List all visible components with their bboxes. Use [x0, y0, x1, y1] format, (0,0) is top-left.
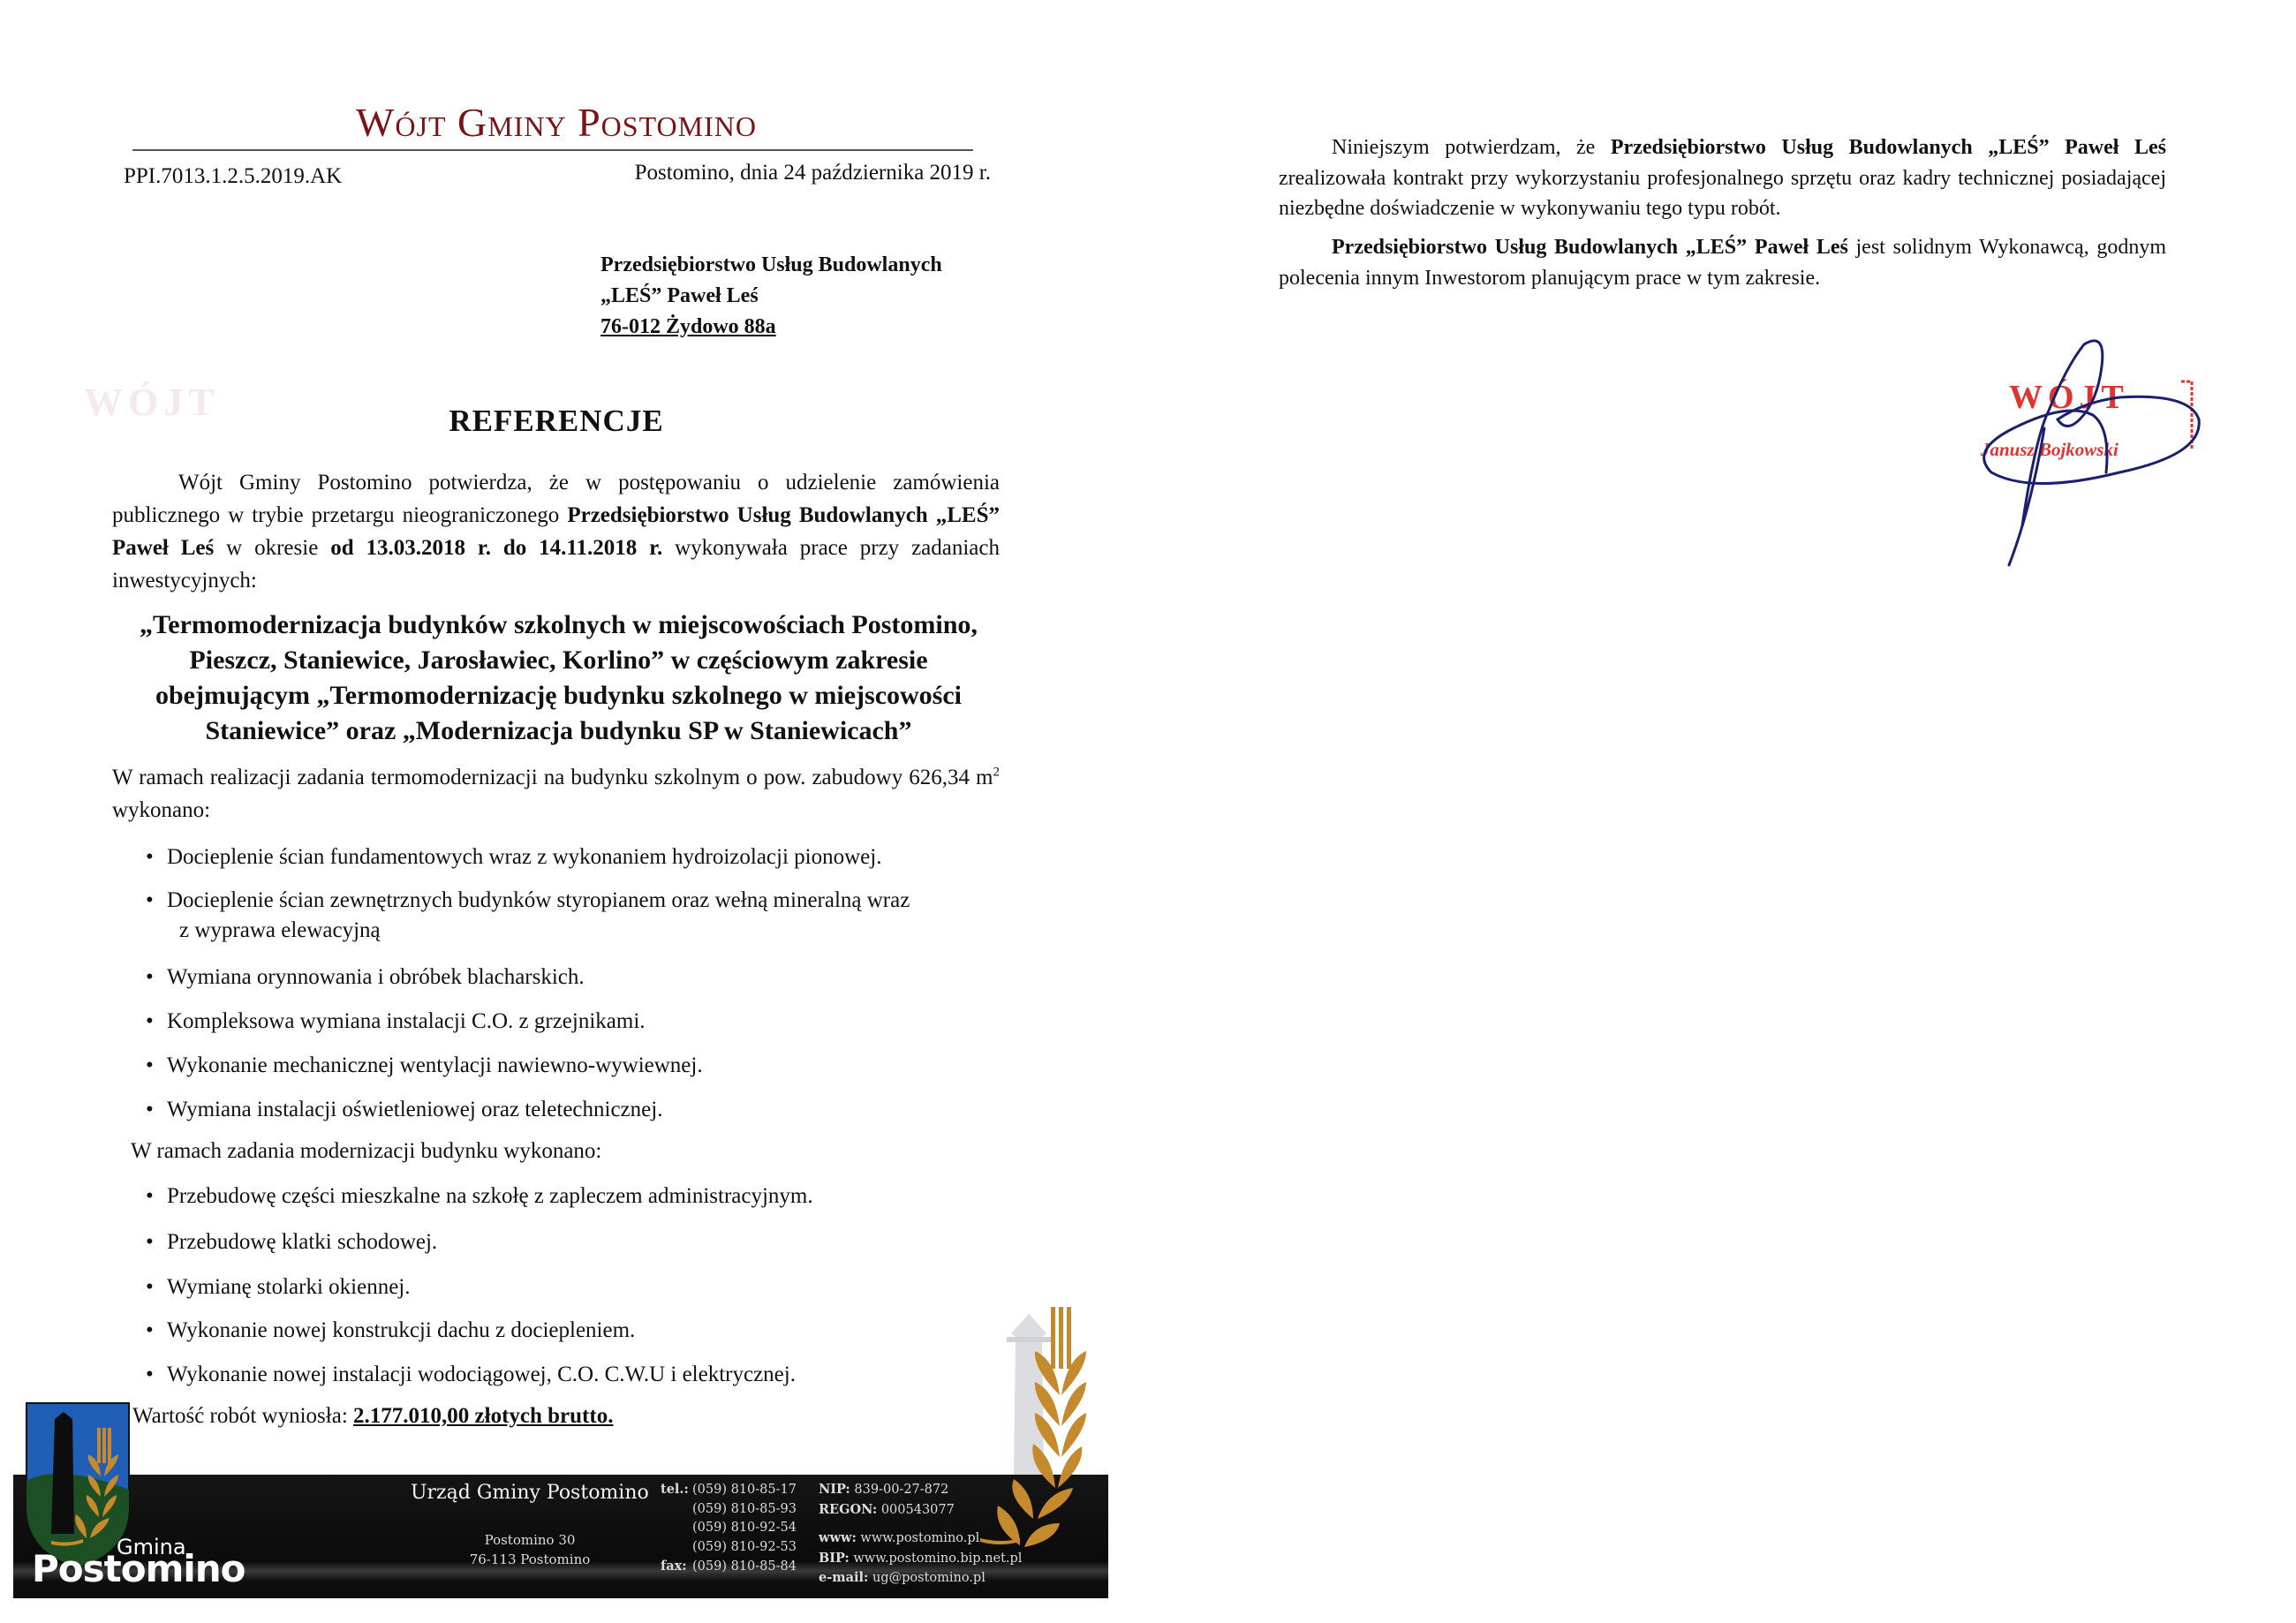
intro-paragraph: Wójt Gminy Postomino potwierdza, że w po… — [112, 466, 1000, 597]
bullet-icon: • — [146, 1316, 154, 1346]
bullet-icon: • — [146, 962, 154, 993]
list-item-text: Wykonanie mechanicznej wentylacji nawiew… — [167, 1053, 703, 1077]
list-item: •Docieplenie ścian fundamentowych wraz z… — [146, 842, 1002, 872]
reference-letter-page-1: Wójt Gminy Postomino PPI.7013.1.2.5.2019… — [0, 0, 1139, 1623]
gmina-crest-icon — [25, 1401, 131, 1569]
list-item: •Wykonanie nowej konstrukcji dachu z doc… — [146, 1316, 1002, 1346]
list-item-text: Przebudowę części mieszkalne na szkołę z… — [167, 1184, 813, 1208]
letterhead-divider — [132, 149, 973, 151]
reference-number: PPI.7013.1.2.5.2019.AK — [124, 164, 342, 189]
regon-value: 000543077 — [881, 1503, 955, 1517]
confirmation-paragraph: Niniejszym potwierdzam, że Przedsiębiors… — [1279, 132, 2166, 224]
nip-label: NIP: — [819, 1482, 850, 1497]
value-label: Wartość robót wyniosła: — [132, 1404, 353, 1428]
letter-date: Postomino, dnia 24 października 2019 r. — [609, 161, 991, 185]
footer-address: Postomino 30 76-113 Postomino — [459, 1530, 600, 1569]
value-amount: 2.177.010,00 złotych brutto. — [353, 1404, 613, 1428]
signature-icon — [1960, 331, 2225, 570]
website-link[interactable]: www.postomino.pl — [860, 1531, 979, 1545]
footer-address-line-2: 76-113 Postomino — [459, 1550, 600, 1569]
task-title: „Termomodernizacja budynków szkolnych w … — [115, 608, 1002, 749]
email-link[interactable]: ug@postomino.pl — [872, 1571, 986, 1585]
bip-link[interactable]: www.postomino.bip.net.pl — [853, 1551, 1022, 1566]
scope1-intro-end: wykonano: — [112, 798, 210, 822]
list-item-text: Wykonanie nowej konstrukcji dachu z doci… — [167, 1318, 635, 1342]
footer-logo-big-text: Postomino — [32, 1547, 245, 1590]
letterhead-title: Wójt Gminy Postomino — [132, 99, 980, 146]
bullet-icon: • — [146, 1095, 154, 1125]
list-item-continuation: z wyprawa elewacyjną — [167, 916, 1002, 946]
scope1-intro: W ramach realizacji zadania termomoderni… — [112, 761, 1000, 827]
phone-number: (059) 810-92-54 — [692, 1521, 797, 1535]
bullet-icon: • — [146, 1360, 154, 1390]
list-item-text: Przebudowę klatki schodowej. — [167, 1230, 437, 1254]
nip-value: 839-00-27-872 — [854, 1483, 948, 1497]
list-item: •Przebudowę części mieszkalne na szkołę … — [146, 1181, 1002, 1212]
email-label: e-mail: — [819, 1570, 868, 1585]
list-item-text: Docieplenie ścian fundamentowych wraz z … — [167, 845, 881, 869]
recipient-line-3: 76-012 Żydowo 88a — [600, 312, 776, 343]
footer-identifiers: NIP: 839-00-27-872 REGON: 000543077 www:… — [819, 1480, 1022, 1589]
confirmation-company: Przedsiębiorstwo Usług Budowlanych „LEŚ”… — [1611, 136, 2166, 159]
recipient-line-1: Przedsiębiorstwo Usług Budowlanych — [600, 250, 942, 281]
list-item-text: Kompleksowa wymiana instalacji C.O. z gr… — [167, 1009, 646, 1033]
list-item: •Wymiana orynnowania i obróbek blacharsk… — [146, 962, 1002, 993]
fax-number: (059) 810-85-84 — [692, 1559, 797, 1574]
list-item: •Kompleksowa wymiana instalacji C.O. z g… — [146, 1007, 1002, 1037]
fax-label: fax: — [661, 1557, 692, 1576]
footer-address-line-1: Postomino 30 — [459, 1530, 600, 1550]
confirmation-text-1: Niniejszym potwierdzam, że — [1332, 136, 1611, 159]
recommendation-paragraph: Przedsiębiorstwo Usług Budowlanych „LEŚ”… — [1279, 232, 2166, 293]
scope2-intro: W ramach zadania modernizacji budynku wy… — [131, 1139, 601, 1164]
bullet-icon: • — [146, 1272, 154, 1302]
list-item: •Wymiana instalacji oświetleniowej oraz … — [146, 1095, 1002, 1125]
intro-period: od 13.03.2018 r. do 14.11.2018 r. — [330, 536, 662, 560]
phone-number: (059) 810-85-17 — [692, 1483, 797, 1497]
superscript: 2 — [993, 766, 1001, 780]
phone-number: (059) 810-85-93 — [692, 1502, 797, 1516]
list-item: •Wykonanie mechanicznej wentylacji nawie… — [146, 1051, 1002, 1081]
bullet-icon: • — [146, 1227, 154, 1257]
footer-phones: tel.:(059) 810-85-17 (059) 810-85-93 (05… — [661, 1480, 797, 1577]
regon-label: REGON: — [819, 1502, 877, 1517]
phone-number: (059) 810-92-53 — [692, 1540, 797, 1554]
scope1-intro-text: W ramach realizacji zadania termomoderni… — [112, 766, 993, 789]
list-item-text: Wymiana instalacji oświetleniowej oraz t… — [167, 1098, 662, 1121]
bullet-icon: • — [146, 1051, 154, 1081]
www-label: www: — [819, 1530, 857, 1545]
recipient-address: Przedsiębiorstwo Usług Budowlanych „LEŚ”… — [600, 250, 942, 343]
list-item: •Docieplenie ścian zewnętrznych budynków… — [146, 886, 1002, 946]
recipient-line-2: „LEŚ” Paweł Leś — [600, 281, 942, 312]
bullet-icon: • — [146, 842, 154, 872]
bullet-icon: • — [146, 886, 154, 916]
document-heading: REFERENCJE — [132, 404, 980, 439]
confirmation-text-2: zrealizowała kontrakt przy wykorzystaniu… — [1279, 167, 2166, 221]
bullet-icon: • — [146, 1181, 154, 1212]
list-item-text: Wykonanie nowej instalacji wodociągowej,… — [167, 1363, 796, 1386]
list-item: •Wykonanie nowej instalacji wodociągowej… — [146, 1360, 1002, 1390]
list-item-text: Docieplenie ścian zewnętrznych budynków … — [167, 888, 910, 912]
bullet-icon: • — [146, 1007, 154, 1037]
tel-label: tel.: — [661, 1480, 692, 1499]
list-item-text: Wymianę stolarki okiennej. — [167, 1275, 411, 1299]
recommendation-company: Przedsiębiorstwo Usług Budowlanych „LEŚ”… — [1332, 236, 1848, 259]
list-item: •Wymianę stolarki okiennej. — [146, 1272, 1002, 1302]
intro-text-2: w okresie — [214, 536, 330, 560]
list-item-text: Wymiana orynnowania i obróbek blacharski… — [167, 965, 585, 989]
footer-office-name: Urząd Gminy Postomino — [411, 1482, 649, 1504]
bip-label: BIP: — [819, 1551, 850, 1566]
contract-value: Wartość robót wyniosła: 2.177.010,00 zło… — [132, 1404, 613, 1429]
list-item: •Przebudowę klatki schodowej. — [146, 1227, 1002, 1257]
